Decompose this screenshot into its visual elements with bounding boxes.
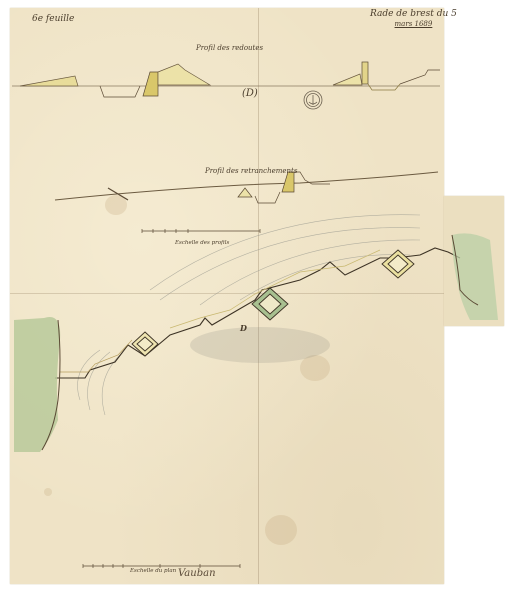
coast-west (14, 317, 60, 452)
scale-label-profils: Eschelle des profils (175, 240, 229, 246)
profile-retranchements (55, 172, 438, 203)
map-title: Rade de brest du 5 mars 1689 (370, 9, 457, 29)
redoubt-east (382, 250, 414, 278)
terrain-shading (190, 327, 330, 363)
scale-bar-profils (142, 229, 260, 233)
profile-redoutes (12, 62, 440, 97)
profile-label-retranchements: Profil des retranchements (205, 167, 297, 175)
title-line-1: Rade de brest du 5 (370, 9, 457, 19)
title-date: mars 1689 (370, 19, 457, 29)
map-letter: D (240, 323, 247, 333)
sheet-number: 6e feuille (32, 14, 74, 24)
profile-label-redoutes: Profil des redoutes (196, 44, 263, 52)
scale-label-plan: Eschelle du plan (130, 568, 176, 574)
archive-stamp-icon (304, 91, 322, 109)
coast-east (452, 233, 498, 320)
terrain-hatching (78, 215, 421, 415)
redoubt-west (132, 332, 158, 356)
signature: Vauban (178, 568, 216, 579)
section-letter: (D) (242, 88, 258, 99)
